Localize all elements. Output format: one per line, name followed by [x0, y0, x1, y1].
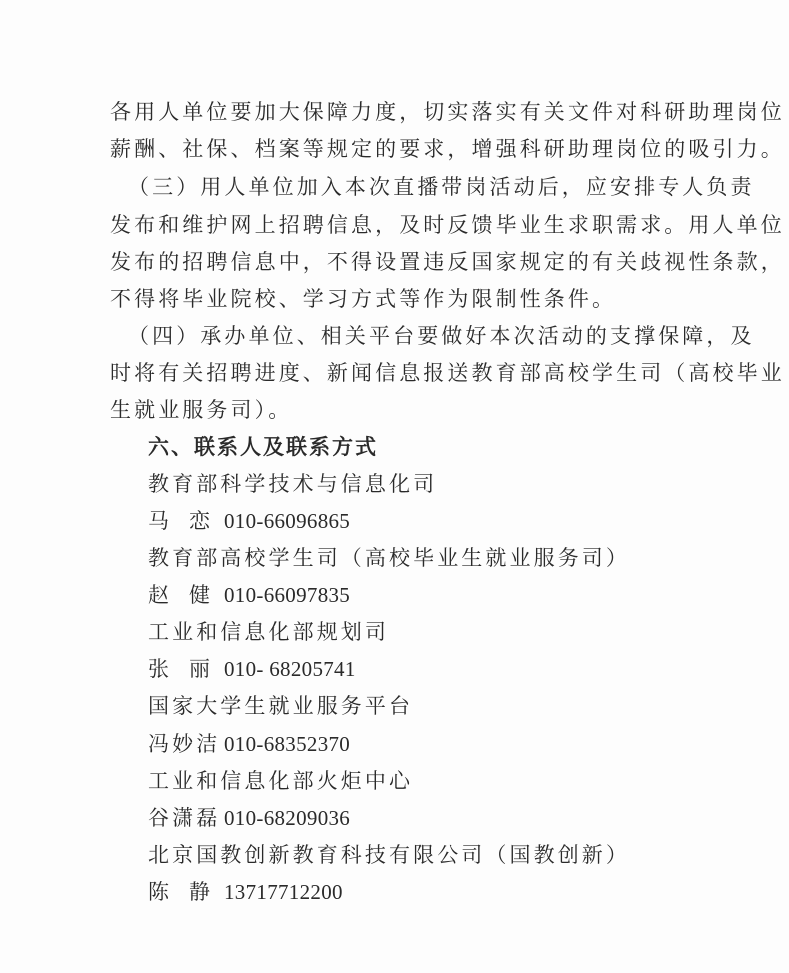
- contact-name: 马恋: [148, 507, 224, 535]
- paragraph-line: 发布的招聘信息中，不得设置违反国家规定的有关歧视性条款，: [110, 248, 785, 276]
- paragraph-line: 时将有关招聘进度、新闻信息报送教育部高校学生司（高校毕业: [110, 359, 785, 387]
- contact-phone: 010-68352370: [224, 732, 350, 756]
- contact-name: 冯妙洁: [148, 730, 224, 758]
- contact-org: 工业和信息化部火炬中心: [148, 767, 413, 795]
- contact-entry: 谷潇磊010-68209036: [148, 804, 350, 832]
- contact-org: 教育部科学技术与信息化司: [148, 470, 437, 498]
- contact-name: 陈静: [148, 878, 224, 906]
- contact-name: 谷潇磊: [148, 804, 224, 832]
- contact-org: 北京国教创新教育科技有限公司（国教创新）: [148, 841, 630, 869]
- contact-name: 张丽: [148, 655, 224, 683]
- contact-entry: 张丽010- 68205741: [148, 655, 356, 683]
- document-page: 各用人单位要加大保障力度，切实落实有关文件对科研助理岗位 薪酬、社保、档案等规定…: [0, 0, 789, 973]
- paragraph-line: 生就业服务司）。: [110, 396, 292, 424]
- contact-org: 教育部高校学生司（高校毕业生就业服务司）: [148, 544, 630, 572]
- contact-org: 工业和信息化部规划司: [148, 618, 389, 646]
- paragraph-line: （三）用人单位加入本次直播带岗活动后，应安排专人负责: [128, 173, 755, 201]
- paragraph-line: 不得将毕业院校、学习方式等作为限制性条件。: [110, 285, 616, 313]
- contact-entry: 马恋010-66096865: [148, 507, 350, 535]
- contact-entry: 赵健010-66097835: [148, 581, 350, 609]
- paragraph-line: 发布和维护网上招聘信息，及时反馈毕业生求职需求。用人单位: [110, 211, 785, 239]
- paragraph-line: 各用人单位要加大保障力度，切实落实有关文件对科研助理岗位: [110, 98, 785, 126]
- paragraph-line: 薪酬、社保、档案等规定的要求，增强科研助理岗位的吸引力。: [110, 135, 785, 163]
- contact-phone: 13717712200: [224, 880, 343, 904]
- contact-name: 赵健: [148, 581, 224, 609]
- contact-phone: 010-68209036: [224, 806, 350, 830]
- section-heading: 六、联系人及联系方式: [148, 433, 378, 461]
- contact-org: 国家大学生就业服务平台: [148, 692, 413, 720]
- contact-entry: 陈静13717712200: [148, 878, 343, 906]
- contact-phone: 010-66096865: [224, 509, 350, 533]
- contact-entry: 冯妙洁010-68352370: [148, 730, 350, 758]
- paragraph-line: （四）承办单位、相关平台要做好本次活动的支撑保障，及: [128, 322, 755, 350]
- contact-phone: 010- 68205741: [224, 657, 356, 681]
- contact-phone: 010-66097835: [224, 583, 350, 607]
